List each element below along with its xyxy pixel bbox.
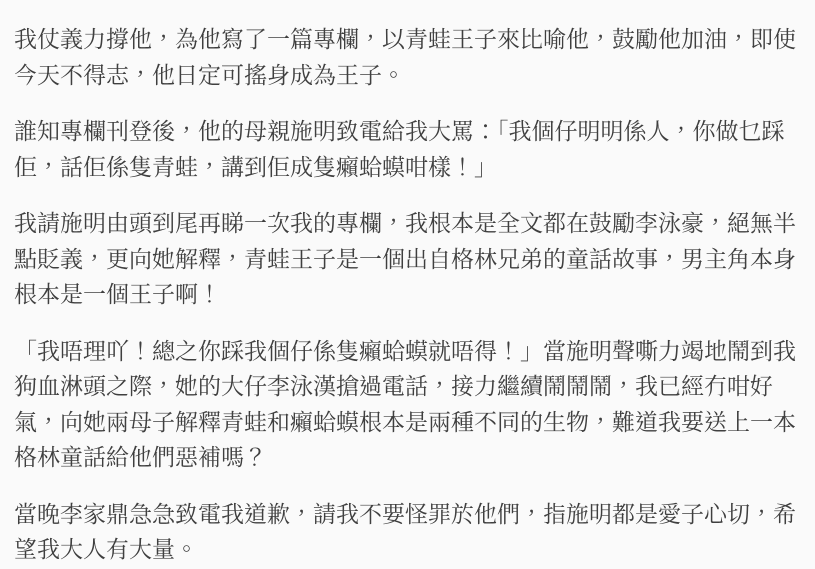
- article-body: 我仗義力撐他，為他寫了一篇專欄，以青蛙王子來比喻他，鼓勵他加油，即使今天不得志，…: [14, 22, 801, 568]
- article-paragraph: 我請施明由頭到尾再睇一次我的專欄，我根本是全文都在鼓勵李泳豪，絕無半點貶義，更向…: [14, 206, 801, 313]
- article-paragraph: 「我唔理吖！總之你踩我個仔係隻癩蛤蟆就唔得！」當施明聲嘶力竭地鬧到我狗血淋頭之際…: [14, 334, 801, 476]
- article-page: 我仗義力撐他，為他寫了一篇專欄，以青蛙王子來比喻他，鼓勵他加油，即使今天不得志，…: [0, 0, 815, 569]
- article-paragraph: 誰知專欄刊登後，他的母親施明致電給我大罵：「我個仔明明係人，你做乜踩佢，話佢係隻…: [14, 114, 801, 185]
- article-paragraph: 當晚李家鼎急急致電我道歉，請我不要怪罪於他們，指施明都是愛子心切，希望我大人有大…: [14, 497, 801, 568]
- article-paragraph: 我仗義力撐他，為他寫了一篇專欄，以青蛙王子來比喻他，鼓勵他加油，即使今天不得志，…: [14, 22, 801, 93]
